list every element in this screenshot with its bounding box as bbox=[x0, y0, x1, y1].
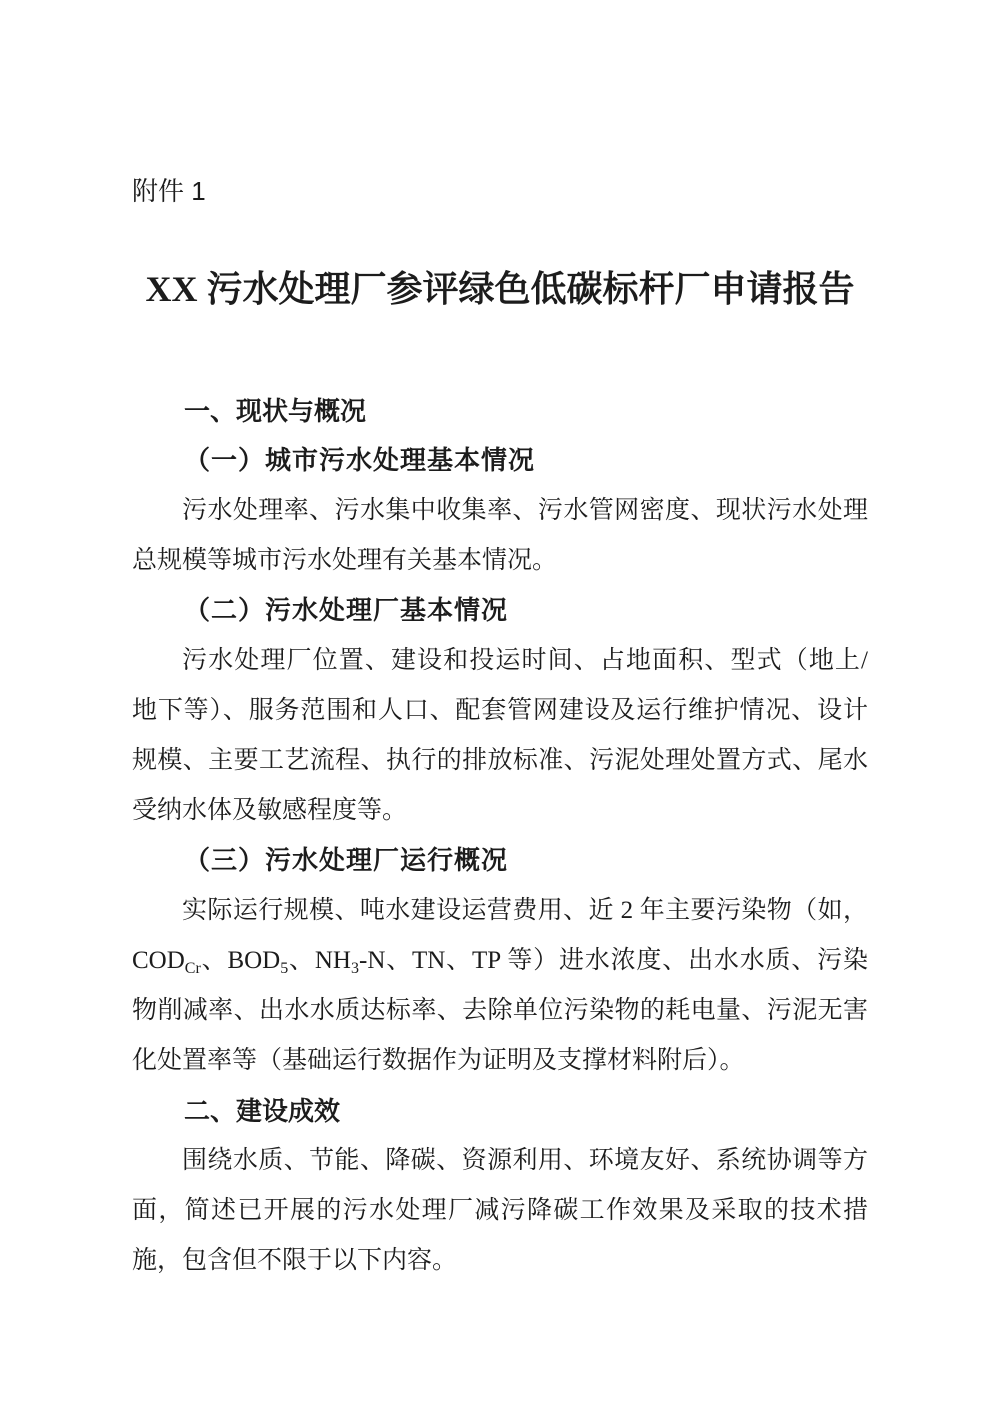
paragraph-line: 规模、主要工艺流程、执行的排放标准、污泥处理处置方式、尾水 bbox=[132, 736, 868, 786]
paragraph-line: 污水处理厂位置、建设和投运时间、占地面积、型式（地上/ bbox=[132, 636, 868, 686]
attachment-label: 附件 1 bbox=[132, 170, 868, 212]
sub-section-heading: （二）污水处理厂基本情况 bbox=[132, 586, 868, 636]
paragraph-line: 施，包含但不限于以下内容。 bbox=[132, 1236, 868, 1286]
paragraph-line: 总规模等城市污水处理有关基本情况。 bbox=[132, 536, 868, 586]
section-heading: 一、现状与概况 bbox=[132, 386, 868, 436]
section-heading: 二、建设成效 bbox=[132, 1086, 868, 1136]
sub-section-heading: （一）城市污水处理基本情况 bbox=[132, 436, 868, 486]
paragraph-line: 受纳水体及敏感程度等。 bbox=[132, 786, 868, 836]
paragraph-line: 物削减率、出水水质达标率、去除单位污染物的耗电量、污泥无害 bbox=[132, 986, 868, 1036]
subscript-text: 5 bbox=[280, 960, 288, 977]
document-title: XX 污水处理厂参评绿色低碳标杆厂申请报告 bbox=[132, 258, 868, 320]
paragraph-line: 污水处理率、污水集中收集率、污水管网密度、现状污水处理 bbox=[132, 486, 868, 536]
sub-section-heading: （三）污水处理厂运行概况 bbox=[132, 836, 868, 886]
paragraph-line: 化处置率等（基础运行数据作为证明及支撑材料附后）。 bbox=[132, 1036, 868, 1086]
subscript-text: 3 bbox=[351, 960, 359, 977]
paragraph-line: 面，简述已开展的污水处理厂减污降碳工作效果及采取的技术措 bbox=[132, 1186, 868, 1236]
paragraph-line: 围绕水质、节能、降碳、资源利用、环境友好、系统协调等方 bbox=[132, 1136, 868, 1186]
paragraph-line: CODCr、BOD5、NH3-N、TN、TP 等）进水浓度、出水水质、污染 bbox=[132, 936, 868, 986]
document-body: 一、现状与概况（一）城市污水处理基本情况污水处理率、污水集中收集率、污水管网密度… bbox=[132, 386, 868, 1286]
document-page: 附件 1 XX 污水处理厂参评绿色低碳标杆厂申请报告 一、现状与概况（一）城市污… bbox=[0, 0, 1000, 1416]
paragraph-line: 实际运行规模、吨水建设运营费用、近 2 年主要污染物（如， bbox=[132, 886, 868, 936]
subscript-text: Cr bbox=[185, 960, 201, 977]
paragraph-line: 地下等）、服务范围和人口、配套管网建设及运行维护情况、设计 bbox=[132, 686, 868, 736]
